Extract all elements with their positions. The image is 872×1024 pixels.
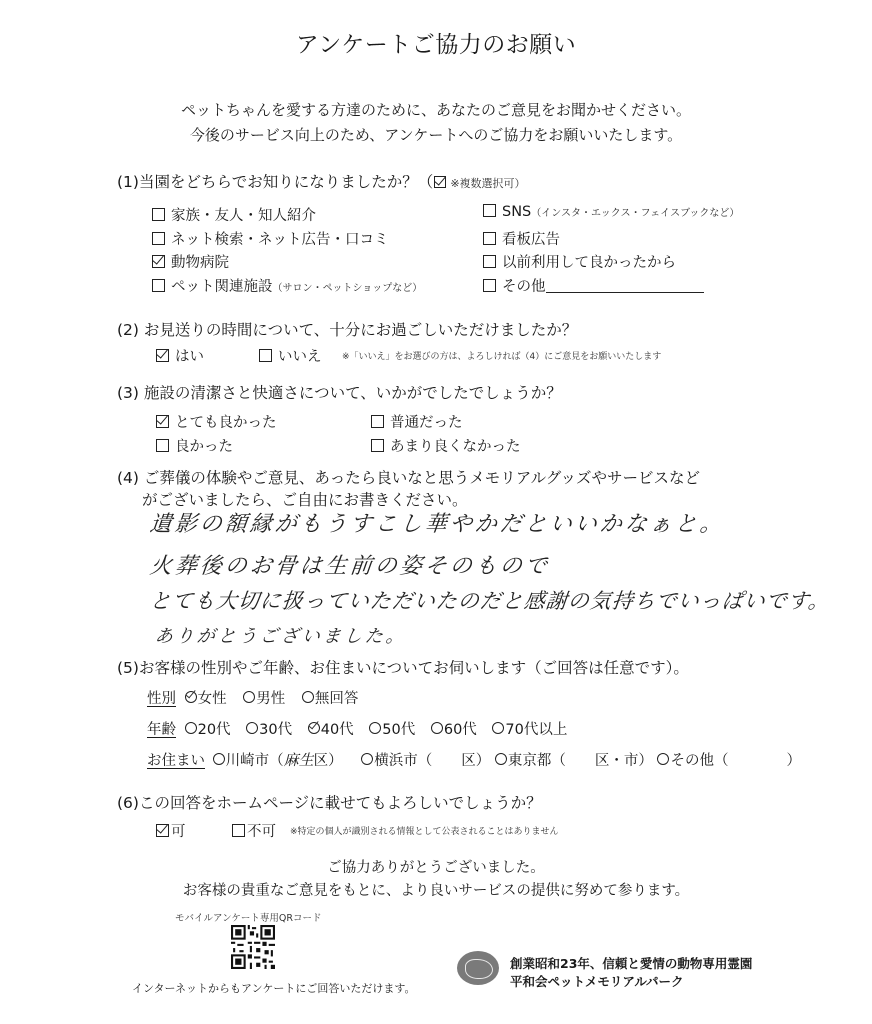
gender-option-male[interactable]: 男性 bbox=[243, 691, 285, 707]
radio[interactable] bbox=[243, 691, 255, 703]
checkbox[interactable] bbox=[152, 232, 165, 245]
q3-option-not-good[interactable]: あまり良くなかった bbox=[371, 435, 521, 456]
radio[interactable] bbox=[492, 722, 504, 734]
q6-option-deny[interactable]: 不可 bbox=[232, 820, 276, 841]
checkbox[interactable] bbox=[483, 232, 496, 245]
q2-option-no[interactable]: いいえ bbox=[259, 345, 322, 366]
qr-code-icon[interactable] bbox=[231, 925, 275, 969]
q3-option-very-good[interactable]: とても良かった bbox=[156, 411, 277, 432]
q6-option-allow[interactable]: 可 bbox=[156, 820, 186, 841]
residence-option-tokyo[interactable]: 東京都（ 区・市） bbox=[495, 753, 653, 769]
age-option-60s[interactable]: 60代 bbox=[431, 722, 477, 738]
gender-label: 性別 bbox=[147, 691, 176, 707]
q1-option-pet-facility[interactable]: ペット関連施設（サロン・ペットショップなど） bbox=[152, 275, 422, 296]
intro-line-1: ペットちゃんを愛する方達のために、あなたのご意見をお聞かせください。 bbox=[0, 99, 872, 120]
radio-checked[interactable] bbox=[308, 722, 320, 734]
checkbox[interactable] bbox=[483, 279, 496, 292]
checkbox[interactable] bbox=[259, 349, 272, 362]
checkbox[interactable] bbox=[483, 204, 496, 217]
intro-line-2: 今後のサービス向上のため、アンケートへのご協力をお願いいたします。 bbox=[0, 124, 872, 145]
q1-option-sns[interactable]: SNS（インスタ・エックス・フェイスブックなど） bbox=[483, 204, 739, 220]
q1-question: (1)当園をどちらでお知りになりましたか？（※複数選択可） bbox=[117, 170, 526, 192]
brand-logo-icon bbox=[457, 951, 499, 985]
q2-option-yes[interactable]: はい bbox=[156, 345, 204, 366]
q6-note: ※特定の個人が識別される情報として公表されることはありません bbox=[290, 824, 559, 837]
age-option-30s[interactable]: 30代 bbox=[246, 722, 292, 738]
radio[interactable] bbox=[213, 753, 225, 765]
q1-option-web-search[interactable]: ネット検索・ネット広告・口コミ bbox=[152, 228, 389, 249]
checkbox[interactable] bbox=[152, 279, 165, 292]
residence-option-kawasaki[interactable]: 川崎市（麻生区） bbox=[213, 753, 343, 769]
checkbox-checked[interactable] bbox=[156, 415, 169, 428]
q1-option-family-friends[interactable]: 家族・友人・知人紹介 bbox=[152, 204, 316, 225]
residence-label: お住まい bbox=[147, 753, 205, 769]
checkbox-checked[interactable] bbox=[152, 255, 165, 268]
q5-residence-row: お住まい 川崎市（麻生区） 横浜市（ 区） 東京都（ 区・市） その他（ ） bbox=[147, 749, 801, 770]
brand-name: 平和会ペットメモリアルパーク bbox=[510, 972, 684, 990]
checkbox[interactable] bbox=[371, 415, 384, 428]
radio[interactable] bbox=[185, 722, 197, 734]
q5-age-row: 年齢 20代 30代 40代 50代 60代 70代以上 bbox=[147, 718, 567, 739]
q6-question: (6)この回答をホームページに載せてもよろしいでしょうか？ bbox=[117, 791, 542, 813]
gender-option-female[interactable]: 女性 bbox=[185, 691, 227, 707]
q1-option-other[interactable]: その他 bbox=[483, 275, 704, 296]
age-option-70s-plus[interactable]: 70代以上 bbox=[492, 722, 567, 738]
radio[interactable] bbox=[246, 722, 258, 734]
age-option-50s[interactable]: 50代 bbox=[369, 722, 415, 738]
q4-handwritten-line-1: 遺影の額縁がもうすこし華やかだといいかなぁと。 bbox=[148, 507, 726, 538]
q3-option-average[interactable]: 普通だった bbox=[371, 411, 463, 432]
radio[interactable] bbox=[431, 722, 443, 734]
radio[interactable] bbox=[657, 753, 669, 765]
q4-handwritten-line-4: ありがとうございました。 bbox=[154, 622, 409, 648]
radio-checked[interactable] bbox=[185, 691, 197, 703]
radio[interactable] bbox=[369, 722, 381, 734]
q1-option-animal-hospital[interactable]: 動物病院 bbox=[152, 251, 229, 272]
radio[interactable] bbox=[302, 691, 314, 703]
gender-option-no-answer[interactable]: 無回答 bbox=[302, 691, 359, 707]
age-option-40s[interactable]: 40代 bbox=[308, 722, 354, 738]
age-label: 年齢 bbox=[147, 722, 176, 738]
radio[interactable] bbox=[361, 753, 373, 765]
qr-caption: インターネットからもアンケートにご回答いただけます。 bbox=[132, 980, 415, 996]
thanks-line-2: お客様の貴重なご意見をもとに、より良いサービスの提供に努めて参ります。 bbox=[0, 879, 872, 900]
residence-option-yokohama[interactable]: 横浜市（ 区） bbox=[361, 753, 490, 769]
residence-option-other[interactable]: その他（ ） bbox=[657, 753, 801, 769]
checkbox-icon bbox=[434, 176, 446, 188]
q1-question-text: (1)当園をどちらでお知りになりましたか？（ bbox=[117, 173, 433, 191]
brand-tagline: 創業昭和23年、信頼と愛情の動物専用霊園 bbox=[510, 954, 752, 972]
q3-option-good[interactable]: 良かった bbox=[156, 435, 233, 456]
checkbox[interactable] bbox=[152, 208, 165, 221]
age-option-20s[interactable]: 20代 bbox=[185, 722, 231, 738]
q1-option-previous-use[interactable]: 以前利用して良かったから bbox=[483, 251, 676, 272]
checkbox[interactable] bbox=[483, 255, 496, 268]
other-blank-line[interactable] bbox=[546, 278, 704, 293]
q4-handwritten-line-3: とても大切に扱っていただいたのだと感謝の気持ちでいっぱいです。 bbox=[148, 585, 831, 615]
checkbox[interactable] bbox=[371, 439, 384, 452]
kawasaki-ward-handwritten[interactable]: 麻生 bbox=[284, 751, 314, 769]
form-title: アンケートご協力のお願い bbox=[0, 26, 872, 59]
checkbox-checked[interactable] bbox=[156, 349, 169, 362]
q2-question: (2) お見送りの時間について、十分にお過ごしいただけましたか？ bbox=[117, 318, 577, 340]
thanks-line-1: ご協力ありがとうございました。 bbox=[0, 856, 872, 877]
q3-question: (3) 施設の清潔さと快適さについて、いかがでしたでしょうか？ bbox=[117, 381, 562, 403]
qr-label: モバイルアンケート専用QRコード bbox=[175, 910, 322, 924]
q5-gender-row: 性別 女性 男性 無回答 bbox=[147, 687, 358, 708]
checkbox[interactable] bbox=[156, 439, 169, 452]
q5-question: (5)お客様の性別やご年齢、お住まいについてお伺いします（ご回答は任意です）。 bbox=[117, 656, 689, 678]
q1-multi-select-note: ※複数選択可） bbox=[450, 177, 525, 190]
radio[interactable] bbox=[495, 753, 507, 765]
q4-question-line-1: (4) ご葬儀の体験やご意見、あったら良いなと思うメモリアルグッズやサービスなど bbox=[117, 466, 700, 488]
q1-option-signboard[interactable]: 看板広告 bbox=[483, 228, 560, 249]
checkbox[interactable] bbox=[232, 824, 245, 837]
q4-handwritten-line-2: 火葬後のお骨は生前の姿そのもので bbox=[148, 549, 551, 580]
q2-note: ※「いいえ」をお選びの方は、よろしければ（4）にご意見をお願いいたします bbox=[342, 349, 661, 362]
checkbox-checked[interactable] bbox=[156, 824, 169, 837]
